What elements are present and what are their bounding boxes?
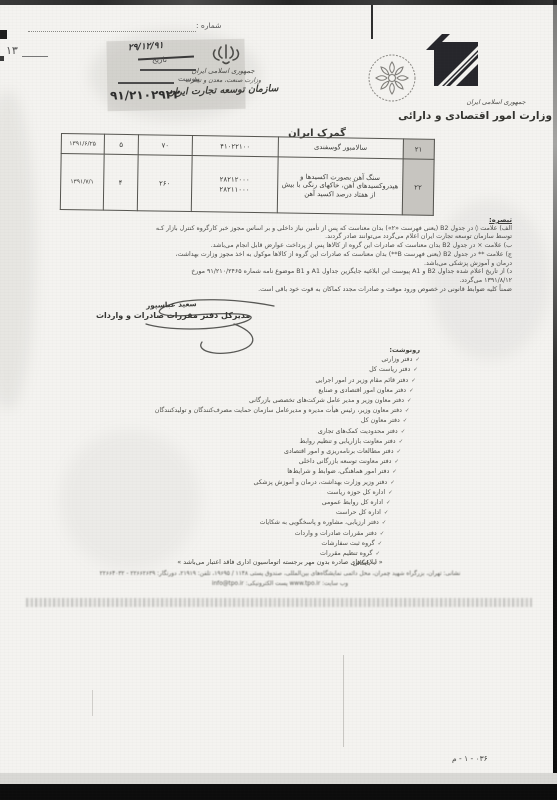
cc-item-label: دفتر وزارتی — [381, 356, 412, 363]
check-icon: ✓ — [386, 500, 391, 506]
cc-item: ✓دفتر معاون وزیر، رئیس هیأت مدیره و مدیر… — [120, 406, 420, 416]
note-line: توسط سازمان توسعه تجارت ایران اعلام می‌گ… — [56, 233, 512, 242]
scan-fold-line — [92, 690, 93, 716]
letterhead-center: جمهوری اسلامی ایران وزارت صنعت، معدن و ت… — [148, 66, 298, 96]
scan-tick-mark — [371, 5, 373, 39]
right-letterhead-country: جمهوری اسلامی ایران — [450, 98, 542, 106]
cc-item: ✓دفتر وزیر وزارت بهداشت، درمان و آموزش پ… — [120, 478, 420, 488]
note-line: ۱۳۹۱/۸/۱۲ می‌گردد. — [56, 277, 512, 286]
margin-dash — [22, 56, 48, 57]
customs-logo-icon — [424, 30, 486, 92]
cc-item-label: اداره کل حوزه ریاست — [327, 489, 385, 496]
date-cell: ۱۳۹۱/۶/۲۵ — [61, 134, 104, 155]
cc-item-label: دفتر ریاست کل — [369, 366, 410, 373]
cc-item: ✓دفتر معاون کل — [120, 416, 420, 426]
cc-item: ✓اداره کل حراست — [120, 508, 420, 518]
hs-code-cell: ۴۱۰۲۲۱۰۰ — [192, 136, 278, 157]
hs-code-cell: ۲۸۲۱۲۰۰۰ ۲۸۲۱۱۰۰۰ — [191, 156, 278, 213]
scanned-letter-page: شماره : ۲۹/۱۲/۹۱ تاریخ پیوست ۹۱/۲۱۰۲۹۲۲ … — [0, 0, 557, 800]
description-cell: سنگ آهن بصورت اکسیدها و هیدروکسیدهای آهن… — [277, 157, 403, 215]
row-number-cell: ۲۱ — [403, 139, 435, 159]
footer-smear — [26, 598, 532, 607]
check-icon: ✓ — [388, 490, 393, 496]
validity-note: « ابلاغیه‌های صادره بدون مهر برجسته اتوم… — [98, 558, 462, 566]
value-cell: ۷۰ — [138, 135, 192, 156]
check-icon: ✓ — [407, 398, 412, 404]
cc-item: ✓دفتر قائم مقام وزیر در امور اجرایی — [120, 376, 420, 386]
note-line: د) از تاریخ اعلام شده جداول B2 و A1 پیوس… — [56, 268, 512, 277]
cc-item: ✓دفتر معاونت بازاریابی و تنظیم روابط — [120, 437, 420, 447]
footer-address: نشانی: تهران، بزرگراه شهید چمران، محل دا… — [36, 571, 524, 577]
cc-item-label: دفتر معاون وزیر، رئیس هیأت مدیره و مدیرع… — [155, 407, 402, 414]
cc-item-label: اداره کل روابط عمومی — [322, 499, 383, 506]
cc-item: ✓اداره کل روابط عمومی — [120, 498, 420, 508]
table-row: ۲۲ سنگ آهن بصورت اکسیدها و هیدروکسیدهای … — [60, 154, 434, 216]
export-goods-table: ۲۱ سالامبور گوسفندی ۴۱۰۲۲۱۰۰ ۷۰ ۵ ۱۳۹۱/۶… — [60, 133, 435, 216]
check-icon: ✓ — [403, 418, 408, 424]
cc-item-label: دفتر ارزیابی، مشاوره و پاسخگویی به شکایا… — [260, 519, 379, 526]
check-icon: ✓ — [409, 388, 414, 394]
cc-item-label: دفتر محدودیت کمک‌های تجاری — [318, 428, 398, 435]
hs-code-line: ۲۸۲۱۲۰۰۰ — [220, 175, 250, 183]
cc-item-label: گروه ثبت سفارشات — [321, 540, 374, 547]
cc-item: ✓دفتر امور هماهنگی، ضوابط و شرایط‌ها — [120, 467, 420, 477]
right-letterhead-ministry: وزارت امور اقتصادی و دارائی — [374, 110, 552, 122]
cc-item-label: دفتر امور هماهنگی، ضوابط و شرایط‌ها — [287, 468, 389, 475]
cc-item-label: دفتر معاون امور اقتصادی و صنایع — [318, 387, 406, 394]
note-line: ب) علامت × در جدول B2 بدان معناست که صاد… — [56, 242, 512, 251]
cc-item-label: اداره کل حراست — [336, 509, 381, 516]
cc-item-label: دفتر معاون کل — [361, 417, 400, 424]
check-icon: ✓ — [413, 367, 418, 373]
scan-top-edge — [0, 0, 557, 5]
check-icon: ✓ — [376, 551, 381, 557]
cc-item-label: دفتر مطالعات برنامه‌ریزی و امور اقتصادی — [284, 448, 394, 455]
scan-bottom-edge — [0, 784, 557, 800]
cc-item: ✓دفتر مقررات صادرات و واردات — [120, 529, 420, 539]
round-seal-icon — [366, 52, 418, 104]
check-icon: ✓ — [411, 378, 416, 384]
cc-item-label: گروه تنظیم مقررات — [320, 550, 372, 557]
date-label: تاریخ — [152, 55, 167, 64]
scan-fold-line — [343, 655, 344, 747]
scan-smudge — [0, 90, 35, 410]
check-icon: ✓ — [397, 449, 402, 455]
cc-item-label: دفتر معاون وزیر و مدیر عامل شرکت‌های تخص… — [249, 397, 404, 404]
check-icon: ✓ — [380, 531, 385, 537]
cc-list: رونوشت: ✓دفتر وزارتی ✓دفتر ریاست کل ✓دفت… — [120, 346, 420, 569]
check-icon: ✓ — [405, 408, 410, 414]
scan-left-mark — [0, 56, 4, 61]
hs-code-line: ۲۸۲۱۱۰۰۰ — [219, 185, 249, 193]
description-cell: سالامبور گوسفندی — [278, 137, 403, 159]
check-icon: ✓ — [378, 541, 383, 547]
cc-item: ✓دفتر ریاست کل — [120, 365, 420, 375]
cc-item-label: دفتر مقررات صادرات و واردات — [295, 530, 377, 537]
check-icon: ✓ — [382, 520, 387, 526]
number-dotted-line — [28, 31, 196, 32]
check-icon: ✓ — [392, 469, 397, 475]
cc-item: ✓دفتر معاون امور اقتصادی و صنایع — [120, 386, 420, 396]
cc-item: ✓دفتر مطالعات برنامه‌ریزی و امور اقتصادی — [120, 447, 420, 457]
check-icon: ✓ — [415, 357, 420, 363]
value-cell: ۴ — [103, 154, 138, 211]
check-icon: ✓ — [401, 429, 406, 435]
cc-item-label: دفتر وزیر وزارت بهداشت، درمان و آموزش پز… — [254, 479, 388, 486]
value-cell: ۲۶۰ — [137, 155, 192, 212]
row-number-cell: ۲۲ — [402, 159, 434, 215]
cc-item-label: دفتر قائم مقام وزیر در امور اجرایی — [315, 377, 408, 384]
date-cell: ۱۳۹۱/۷/۱ — [60, 154, 103, 211]
notes-title: تبصره: — [56, 216, 512, 225]
cc-item-label: دفتر معاونت توسعه بازرگانی داخلی — [299, 458, 392, 465]
value-cell: ۵ — [104, 134, 139, 155]
cc-item: ✓دفتر محدودیت کمک‌های تجاری — [120, 427, 420, 437]
cc-item: ✓دفتر معاون وزیر و مدیر عامل شرکت‌های تخ… — [120, 396, 420, 406]
scan-right-edge — [553, 0, 557, 800]
cc-item: ✓اداره کل حوزه ریاست — [120, 488, 420, 498]
footer-web: وب سایت: www.tpo.ir پست الکترونیکی: info… — [110, 581, 450, 587]
cc-header: رونوشت: — [120, 346, 420, 355]
iran-emblem-icon — [208, 42, 244, 66]
scan-left-mark — [0, 30, 7, 39]
cc-item: ✓گروه ثبت سفارشات — [120, 539, 420, 549]
note-line: درمان و آموزش پزشکی می‌باشد. — [56, 260, 512, 269]
letterhead-country: جمهوری اسلامی ایران — [148, 66, 298, 76]
scan-bottom-gray — [0, 773, 557, 784]
number-label: شماره : — [196, 21, 221, 30]
note-line: ج) علامت ** در جدول B2 (یعنی فهرست B**) … — [56, 251, 512, 260]
cc-item-label: دفتر معاونت بازاریابی و تنظیم روابط — [299, 438, 395, 445]
cc-item: ✓دفتر وزارتی — [120, 355, 420, 365]
notes-section: تبصره: الف) علامت ◊ در جدول B2 (یعنی فهر… — [56, 216, 512, 294]
form-corner-code: م - ۱ - ۰۳۶ — [452, 754, 488, 763]
check-icon: ✓ — [390, 480, 395, 486]
margin-note: ۱۳ — [6, 44, 18, 57]
cc-item: ✓دفتر ارزیابی، مشاوره و پاسخگویی به شکای… — [120, 518, 420, 528]
check-icon: ✓ — [394, 459, 399, 465]
check-icon: ✓ — [399, 439, 404, 445]
cc-item: ✓دفتر معاونت توسعه بازرگانی داخلی — [120, 457, 420, 467]
check-icon: ✓ — [384, 510, 389, 516]
